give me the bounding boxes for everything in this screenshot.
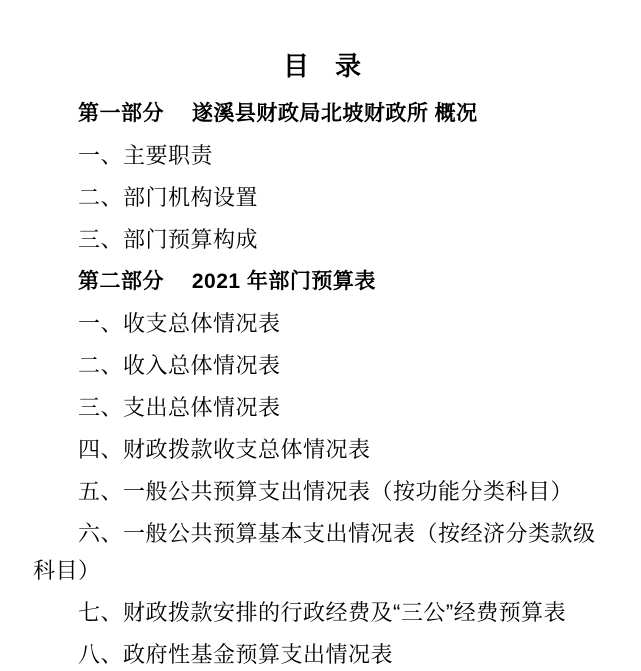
toc-entry-item-10: 六、一般公共预算基本支出情况表（按经济分类款级科目） [33,515,611,589]
toc-entry-item-1: 一、主要职责 [33,137,611,174]
toc-list: 第一部分 遂溪县财政局北坡财政所 概况一、主要职责二、部门机构设置三、部门预算构… [33,95,611,671]
toc-entry-item-2: 二、部门机构设置 [33,179,611,216]
page-title: 目 录 [33,46,611,86]
toc-entry-item-9: 五、一般公共预算支出情况表（按功能分类科目） [33,473,611,510]
toc-page: 目 录 第一部分 遂溪县财政局北坡财政所 概况一、主要职责二、部门机构设置三、部… [0,0,641,671]
toc-entry-item-3: 三、部门预算构成 [33,221,611,258]
toc-entry-heading-0: 第一部分 遂溪县财政局北坡财政所 概况 [33,95,611,132]
toc-entry-item-6: 二、收入总体情况表 [33,347,611,384]
toc-entry-item-8: 四、财政拨款收支总体情况表 [33,431,611,468]
toc-entry-item-5: 一、收支总体情况表 [33,305,611,342]
toc-entry-item-7: 三、支出总体情况表 [33,389,611,426]
toc-entry-item-11: 七、财政拨款安排的行政经费及“三公”经费预算表 [33,594,611,631]
toc-entry-item-12: 八、政府性基金预算支出情况表 [33,636,611,671]
toc-entry-heading-4: 第二部分 2021 年部门预算表 [33,263,611,300]
